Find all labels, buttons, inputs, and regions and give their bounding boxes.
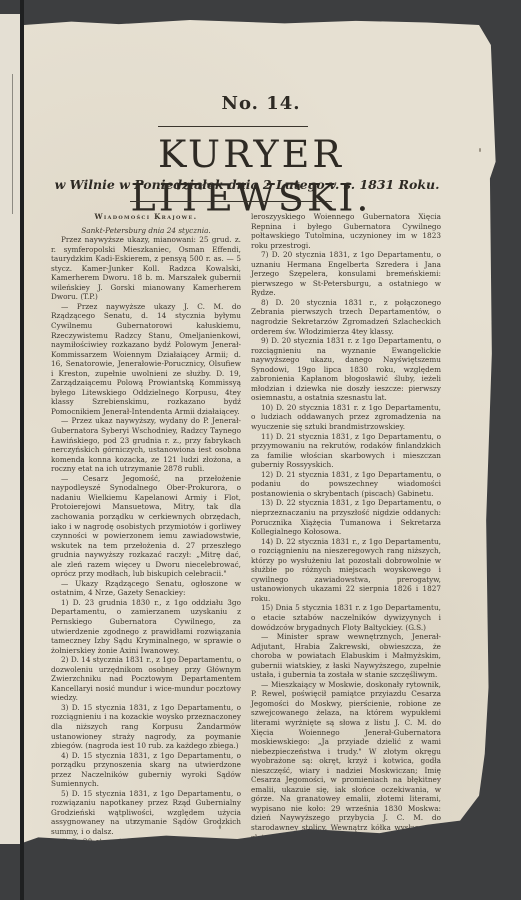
article-paragraph: leroszyyskiego Woiennego Gubernatora Xię… — [251, 212, 441, 250]
adjacent-page-edge — [0, 14, 22, 844]
article-paragraph: 2) D. 14 stycznia 1831 r., z 1go Departa… — [51, 655, 241, 703]
left-column: Wiadomości Krajowe. Sankt-Petersburg dni… — [51, 212, 241, 856]
masthead-rule-bottom — [130, 201, 332, 202]
paper-speck — [134, 820, 136, 824]
article-paragraph: 6) D. 20 stycznia 1831, z 1go Departamen… — [51, 837, 241, 856]
paper-speck — [479, 148, 481, 152]
paper-speck — [219, 825, 221, 829]
newspaper-page: No. 14. KURYER LITEWSKI. w Wilnie w Poni… — [24, 20, 498, 854]
article-paragraph: 12) D. 21 stycznia 1831, z 1go Departame… — [251, 470, 441, 499]
article-paragraph: — Przez naywyższe ukazy J. C. M. do Rząd… — [51, 302, 241, 417]
issue-label: No. — [221, 93, 258, 114]
newspaper-title: KURYER LITEWSKI. — [38, 133, 464, 219]
article-paragraph: — Minister spraw wewnętrznych, Jenerał-A… — [251, 632, 441, 680]
place-dateline: Sankt-Petersburg dnia 24 stycznia. — [51, 226, 241, 236]
section-heading: Wiadomości Krajowe. — [51, 212, 241, 222]
article-paragraph: 14) D. 22 stycznia 1831 r., z 1go Depart… — [251, 537, 441, 604]
article-paragraph: — Ukazy Rządzącego Senatu, ogłoszone w o… — [51, 579, 241, 598]
article-paragraph: 11) D. 21 stycznia 1831, z 1go Departame… — [251, 432, 441, 470]
adjacent-page-rule — [12, 74, 13, 214]
article-paragraph: 15) Dnia 5 stycznia 1831 r. z 1go Depart… — [251, 603, 441, 632]
masthead-rule-top — [158, 126, 308, 127]
article-paragraph: 3) D. 15 stycznia 1831, z 1go Departamen… — [51, 703, 241, 751]
issue-number: No. 14. — [24, 93, 498, 114]
book-gutter — [20, 0, 24, 900]
article-paragraph: 7) D. 20 stycznia 1831, z 1go Departamen… — [251, 250, 441, 298]
issue-value: 14. — [266, 93, 300, 114]
article-paragraph: 9) D. 20 stycznia 1831 r. z 1go Departam… — [251, 336, 441, 403]
right-column: leroszyyskiego Woiennego Gubernatora Xię… — [251, 212, 441, 871]
article-paragraph: Przez naywyższe ukazy, mianowani: 25 gru… — [51, 235, 241, 302]
article-paragraph: — Przez ukaz naywyższy, wydany do P. Jen… — [51, 416, 241, 473]
article-paragraph: 8) D. 20 stycznia 1831 r., z połączonego… — [251, 298, 441, 336]
article-paragraph: 4) D. 15 stycznia 1831, z 1go Departamen… — [51, 751, 241, 789]
article-paragraph: — Cesarz Jegomość, na przełożenie naypod… — [51, 474, 241, 579]
article-paragraph: — Mieszkaiący w Moskwie, doskonały rytow… — [251, 680, 441, 871]
article-paragraph: 5) D. 15 stycznia 1831, z 1go Departamen… — [51, 789, 241, 837]
article-paragraph: 1) D. 23 grudnia 1830 r., z 1go oddziału… — [51, 598, 241, 655]
article-paragraph: 10) D. 20 stycznia 1831 r. z 1go Departa… — [251, 403, 441, 432]
article-paragraph: 13) D. 22 stycznia 1831, z 1go Departame… — [251, 498, 441, 536]
dateline: w Wilnie w Poniedziałek dnia 2 Lutego v.… — [24, 177, 470, 192]
